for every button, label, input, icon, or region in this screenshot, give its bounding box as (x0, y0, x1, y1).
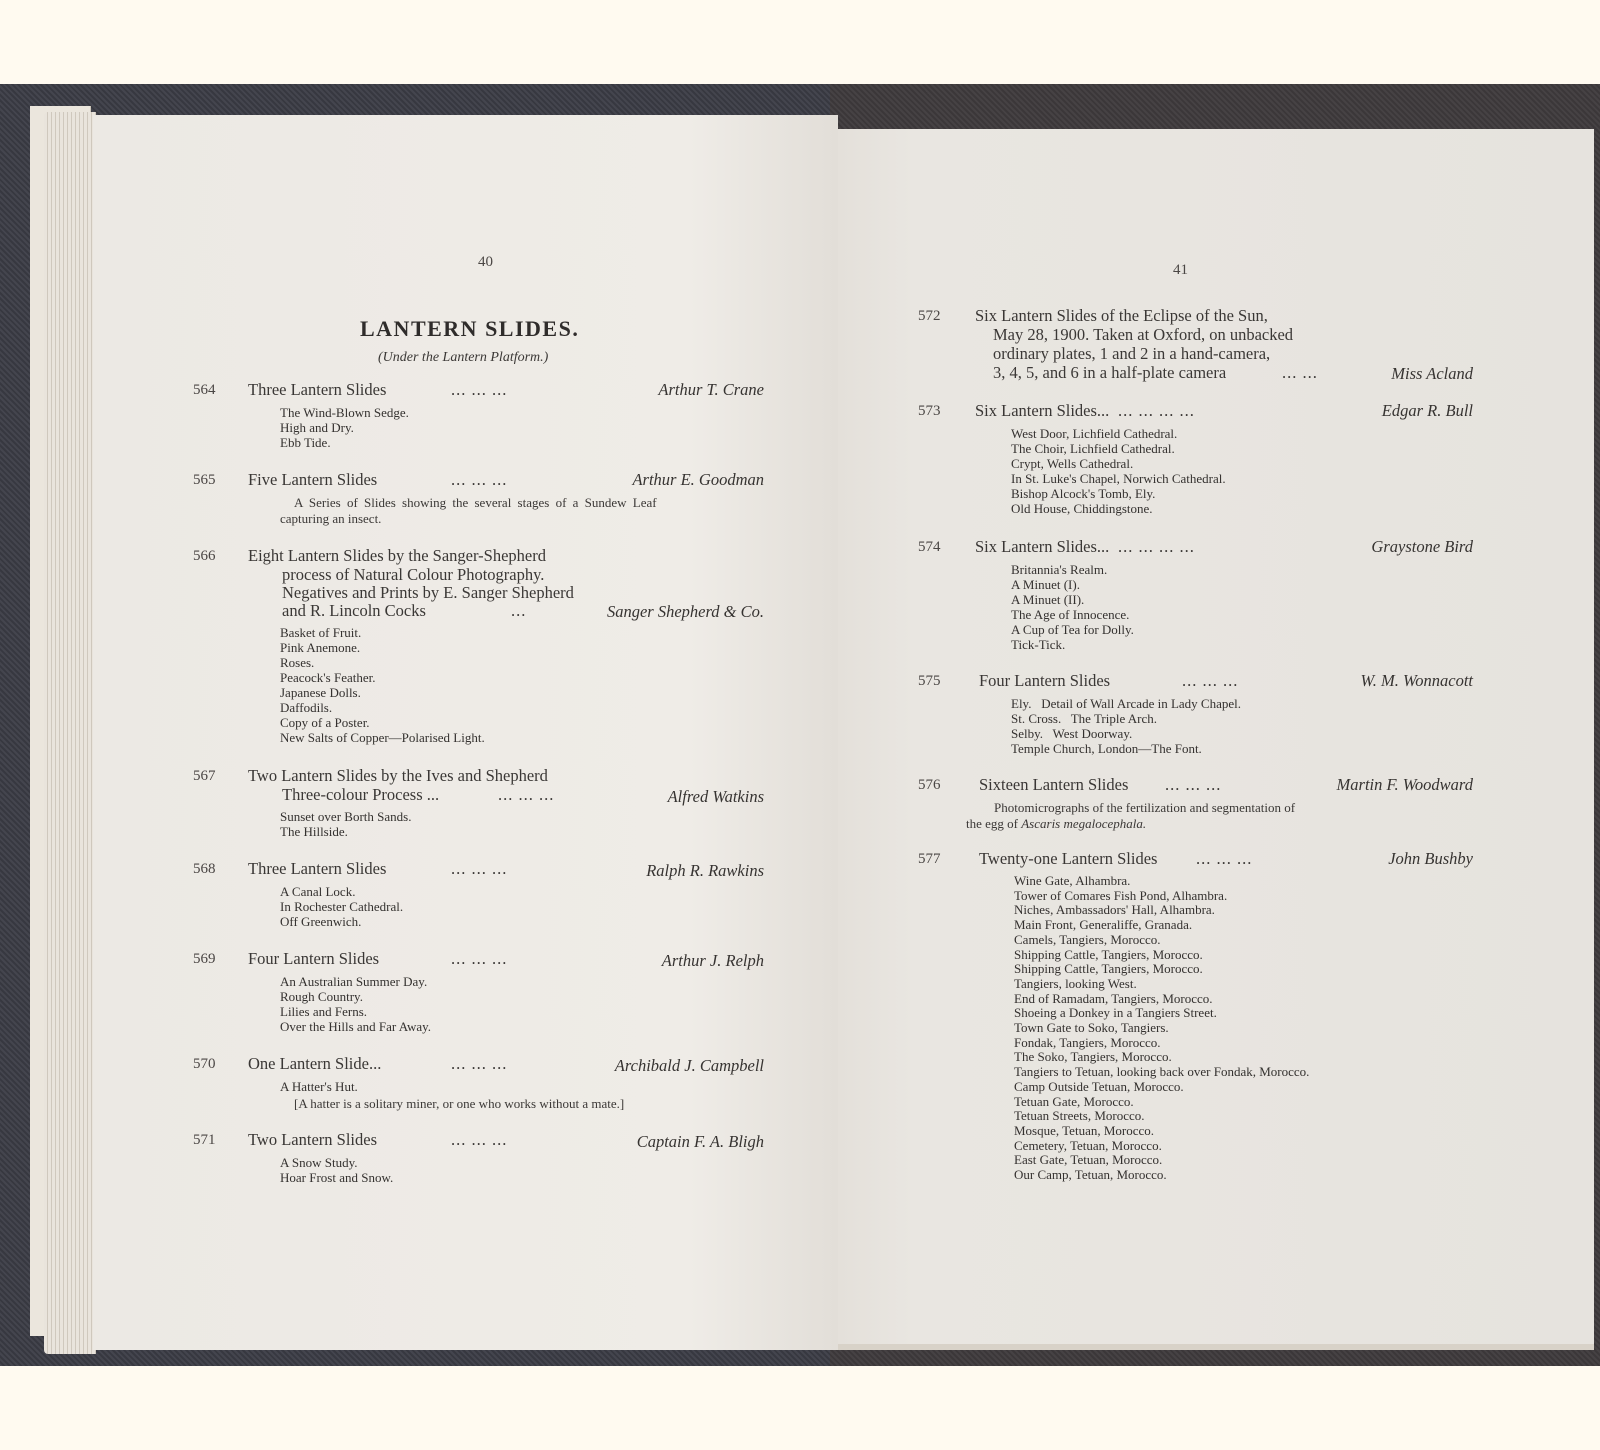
slide-item: Shipping Cattle, Tangiers, Morocco. (1014, 948, 1309, 963)
leader-dots: ... ... ... (451, 380, 507, 400)
slide-list: A Canal Lock. In Rochester Cathedral. Of… (280, 884, 403, 929)
entry-title: Two Lantern Slides by the Ives and Sheph… (248, 766, 548, 786)
entry-author: Graystone Bird (1371, 537, 1473, 557)
slide-item: Temple Church, London—The Font. (1011, 741, 1241, 756)
slide-item: New Salts of Copper—Polarised Light. (280, 730, 485, 745)
leader-dots: ... ... ... (498, 785, 554, 805)
slide-item: Bishop Alcock's Tomb, Ely. (1011, 486, 1226, 501)
slide-item: Ebb Tide. (280, 435, 409, 450)
slide-list: Sunset over Borth Sands. The Hillside. (280, 809, 411, 839)
slide-item: A Canal Lock. (280, 884, 403, 899)
slide-list: Ely. Detail of Wall Arcade in Lady Chape… (1011, 696, 1241, 756)
entry-title-line: Three-colour Process ... (282, 785, 439, 805)
entry-title: Twenty-one Lantern Slides (979, 849, 1157, 869)
slide-item: Cemetery, Tetuan, Morocco. (1014, 1139, 1309, 1154)
entry-author: Arthur T. Crane (658, 380, 764, 400)
slide-list: Wine Gate, Alhambra. Tower of Comares Fi… (1014, 874, 1309, 1183)
entry-title-line: ordinary plates, 1 and 2 in a hand-camer… (993, 344, 1270, 364)
entry-number: 577 (918, 851, 941, 868)
slide-item: Camels, Tangiers, Morocco. (1014, 933, 1309, 948)
leader-dots: ... ... ... (451, 470, 507, 490)
slide-item: Ely. Detail of Wall Arcade in Lady Chape… (1011, 696, 1241, 711)
slide-item: Shipping Cattle, Tangiers, Morocco. (1014, 962, 1309, 977)
entry-number: 571 (193, 1132, 216, 1149)
leader-dots: ... ... ... (1165, 775, 1221, 795)
page-edges (44, 112, 96, 1354)
slide-list: West Door, Lichfield Cathedral. The Choi… (1011, 426, 1226, 516)
entry-title: Eight Lantern Slides by the Sanger-Sheph… (248, 546, 546, 566)
slide-item: Town Gate to Soko, Tangiers. (1014, 1021, 1309, 1036)
slide-item: Rough Country. (280, 989, 431, 1004)
entry-title: Three Lantern Slides (248, 859, 386, 879)
entry-title: Sixteen Lantern Slides (979, 775, 1128, 795)
slide-item: Shoeing a Donkey in a Tangiers Street. (1014, 1006, 1309, 1021)
scientific-name: Ascaris megalocephala. (1021, 816, 1146, 831)
slide-item: Camp Outside Tetuan, Morocco. (1014, 1080, 1309, 1095)
slide-item: The Hillside. (280, 824, 411, 839)
slide-item: In St. Luke's Chapel, Norwich Cathedral. (1011, 471, 1226, 486)
entry-title-line: process of Natural Colour Photography. (282, 565, 544, 585)
leader-dots: ... ... ... (451, 1054, 507, 1074)
slide-list: An Australian Summer Day. Rough Country.… (280, 974, 431, 1034)
entry-title: Four Lantern Slides (979, 671, 1110, 691)
slide-item: Selby. West Doorway. (1011, 726, 1241, 741)
slide-item: A Minuet (II). (1011, 592, 1134, 607)
slide-item: The Age of Innocence. (1011, 607, 1134, 622)
entry-author: Edgar R. Bull (1382, 401, 1473, 421)
slide-item: In Rochester Cathedral. (280, 899, 403, 914)
leader-dots: ... ... ... (1196, 849, 1252, 869)
slide-item: Sunset over Borth Sands. (280, 809, 411, 824)
slide-list: A Snow Study. Hoar Frost and Snow. (280, 1155, 393, 1185)
slide-item: West Door, Lichfield Cathedral. (1011, 426, 1226, 441)
leader-dots: ... ... ... (451, 1130, 507, 1150)
entry-author: Ralph R. Rawkins (646, 861, 764, 881)
entry-title: One Lantern Slide... (248, 1054, 381, 1074)
entry-number: 572 (918, 308, 941, 325)
slide-item: An Australian Summer Day. (280, 974, 431, 989)
leader-dots: ... ... ... ... (1118, 537, 1195, 557)
leader-dots: ... ... ... (451, 859, 507, 879)
slide-list: A Hatter's Hut. (280, 1079, 358, 1094)
entry-title: Two Lantern Slides (248, 1130, 377, 1150)
leader-dots: ... ... ... (451, 949, 507, 969)
slide-item: Fondak, Tangiers, Morocco. (1014, 1036, 1309, 1051)
slide-item: Peacock's Feather. (280, 670, 485, 685)
slide-item: Mosque, Tetuan, Morocco. (1014, 1124, 1309, 1139)
slide-item: Crypt, Wells Cathedral. (1011, 456, 1226, 471)
slide-item: Tetuan Streets, Morocco. (1014, 1109, 1309, 1124)
slide-item: Over the Hills and Far Away. (280, 1019, 431, 1034)
slide-item: Wine Gate, Alhambra. (1014, 874, 1309, 889)
entry-author: Alfred Watkins (668, 787, 764, 807)
slide-item: Tetuan Gate, Morocco. (1014, 1095, 1309, 1110)
section-title: LANTERN SLIDES. (360, 316, 579, 342)
slide-item: Lilies and Ferns. (280, 1004, 431, 1019)
slide-item: Niches, Ambassadors' Hall, Alhambra. (1014, 903, 1309, 918)
slide-item: The Choir, Lichfield Cathedral. (1011, 441, 1226, 456)
slide-item: End of Ramadam, Tangiers, Morocco. (1014, 992, 1309, 1007)
entry-number: 569 (193, 951, 216, 968)
entry-title: Six Lantern Slides... (975, 537, 1109, 557)
page-number-right: 41 (1173, 262, 1188, 279)
entry-author: Miss Acland (1391, 364, 1473, 384)
entry-author: Captain F. A. Bligh (637, 1132, 764, 1152)
entry-number: 566 (193, 548, 216, 565)
slide-item: Britannia's Realm. (1011, 562, 1134, 577)
slide-item: Basket of Fruit. (280, 625, 485, 640)
entry-title: Six Lantern Slides of the Eclipse of the… (975, 306, 1268, 326)
entry-author: Arthur J. Relph (662, 951, 764, 971)
slide-item: Off Greenwich. (280, 914, 403, 929)
entry-title: Four Lantern Slides (248, 949, 379, 969)
leader-dots: ... ... ... ... (1118, 401, 1195, 421)
slide-item: Our Camp, Tetuan, Morocco. (1014, 1168, 1309, 1183)
leader-dots: ... ... ... (1182, 671, 1238, 691)
entry-number: 575 (918, 673, 941, 690)
entry-number: 576 (918, 777, 941, 794)
slide-item: Tick-Tick. (1011, 637, 1134, 652)
slide-list: Britannia's Realm. A Minuet (I). A Minue… (1011, 562, 1134, 652)
entry-description: Photomicrographs of the fertilization an… (966, 800, 1295, 831)
slide-item: Hoar Frost and Snow. (280, 1170, 393, 1185)
entry-author: W. M. Wonnacott (1361, 671, 1473, 691)
slide-item: Roses. (280, 655, 485, 670)
section-subtitle: (Under the Lantern Platform.) (378, 350, 548, 366)
entry-number: 565 (193, 472, 216, 489)
slide-item: A Hatter's Hut. (280, 1079, 358, 1094)
slide-item: High and Dry. (280, 420, 409, 435)
entry-title: Three Lantern Slides (248, 380, 386, 400)
leader-dots: ... (511, 601, 526, 621)
entry-note: [A hatter is a solitary miner, or one wh… (294, 1096, 624, 1112)
entry-number: 574 (918, 539, 941, 556)
entry-number: 573 (918, 403, 941, 420)
entry-title-line: and R. Lincoln Cocks (282, 601, 426, 621)
slide-list: The Wind-Blown Sedge. High and Dry. Ebb … (280, 405, 409, 450)
slide-list: Basket of Fruit. Pink Anemone. Roses. Pe… (280, 625, 485, 745)
entry-number: 568 (193, 861, 216, 878)
entry-title-line: Negatives and Prints by E. Sanger Shephe… (282, 583, 574, 603)
page-number-left: 40 (478, 254, 493, 271)
entry-title: Five Lantern Slides (248, 470, 377, 490)
slide-item: Daffodils. (280, 700, 485, 715)
slide-item: East Gate, Tetuan, Morocco. (1014, 1153, 1309, 1168)
slide-item: Tangiers, looking West. (1014, 977, 1309, 992)
leader-dots: ... ... (1282, 363, 1318, 383)
slide-item: Japanese Dolls. (280, 685, 485, 700)
slide-item: The Soko, Tangiers, Morocco. (1014, 1050, 1309, 1065)
entry-title-line: May 28, 1900. Taken at Oxford, on unback… (993, 325, 1293, 345)
entry-number: 567 (193, 768, 216, 785)
slide-item: A Snow Study. (280, 1155, 393, 1170)
slide-item: St. Cross. The Triple Arch. (1011, 711, 1241, 726)
entry-author: Sanger Shepherd & Co. (607, 602, 764, 622)
slide-item: Old House, Chiddingstone. (1011, 501, 1226, 516)
slide-item: Main Front, Generaliffe, Granada. (1014, 918, 1309, 933)
entry-title: Six Lantern Slides... (975, 401, 1109, 421)
entry-title-line: 3, 4, 5, and 6 in a half-plate camera (993, 363, 1226, 383)
entry-author: Arthur E. Goodman (632, 470, 764, 490)
entry-description: A Series of Slides showing the several s… (280, 495, 657, 526)
slide-item: Pink Anemone. (280, 640, 485, 655)
entry-author: Martin F. Woodward (1337, 775, 1473, 795)
slide-item: A Minuet (I). (1011, 577, 1134, 592)
slide-item: The Wind-Blown Sedge. (280, 405, 409, 420)
slide-item: A Cup of Tea for Dolly. (1011, 622, 1134, 637)
entry-number: 570 (193, 1056, 216, 1073)
slide-item: Tangiers to Tetuan, looking back over Fo… (1014, 1065, 1309, 1080)
slide-item: Copy of a Poster. (280, 715, 485, 730)
entry-author: Archibald J. Campbell (615, 1056, 764, 1076)
entry-author: John Bushby (1388, 849, 1473, 869)
slide-item: Tower of Comares Fish Pond, Alhambra. (1014, 889, 1309, 904)
entry-number: 564 (193, 382, 216, 399)
